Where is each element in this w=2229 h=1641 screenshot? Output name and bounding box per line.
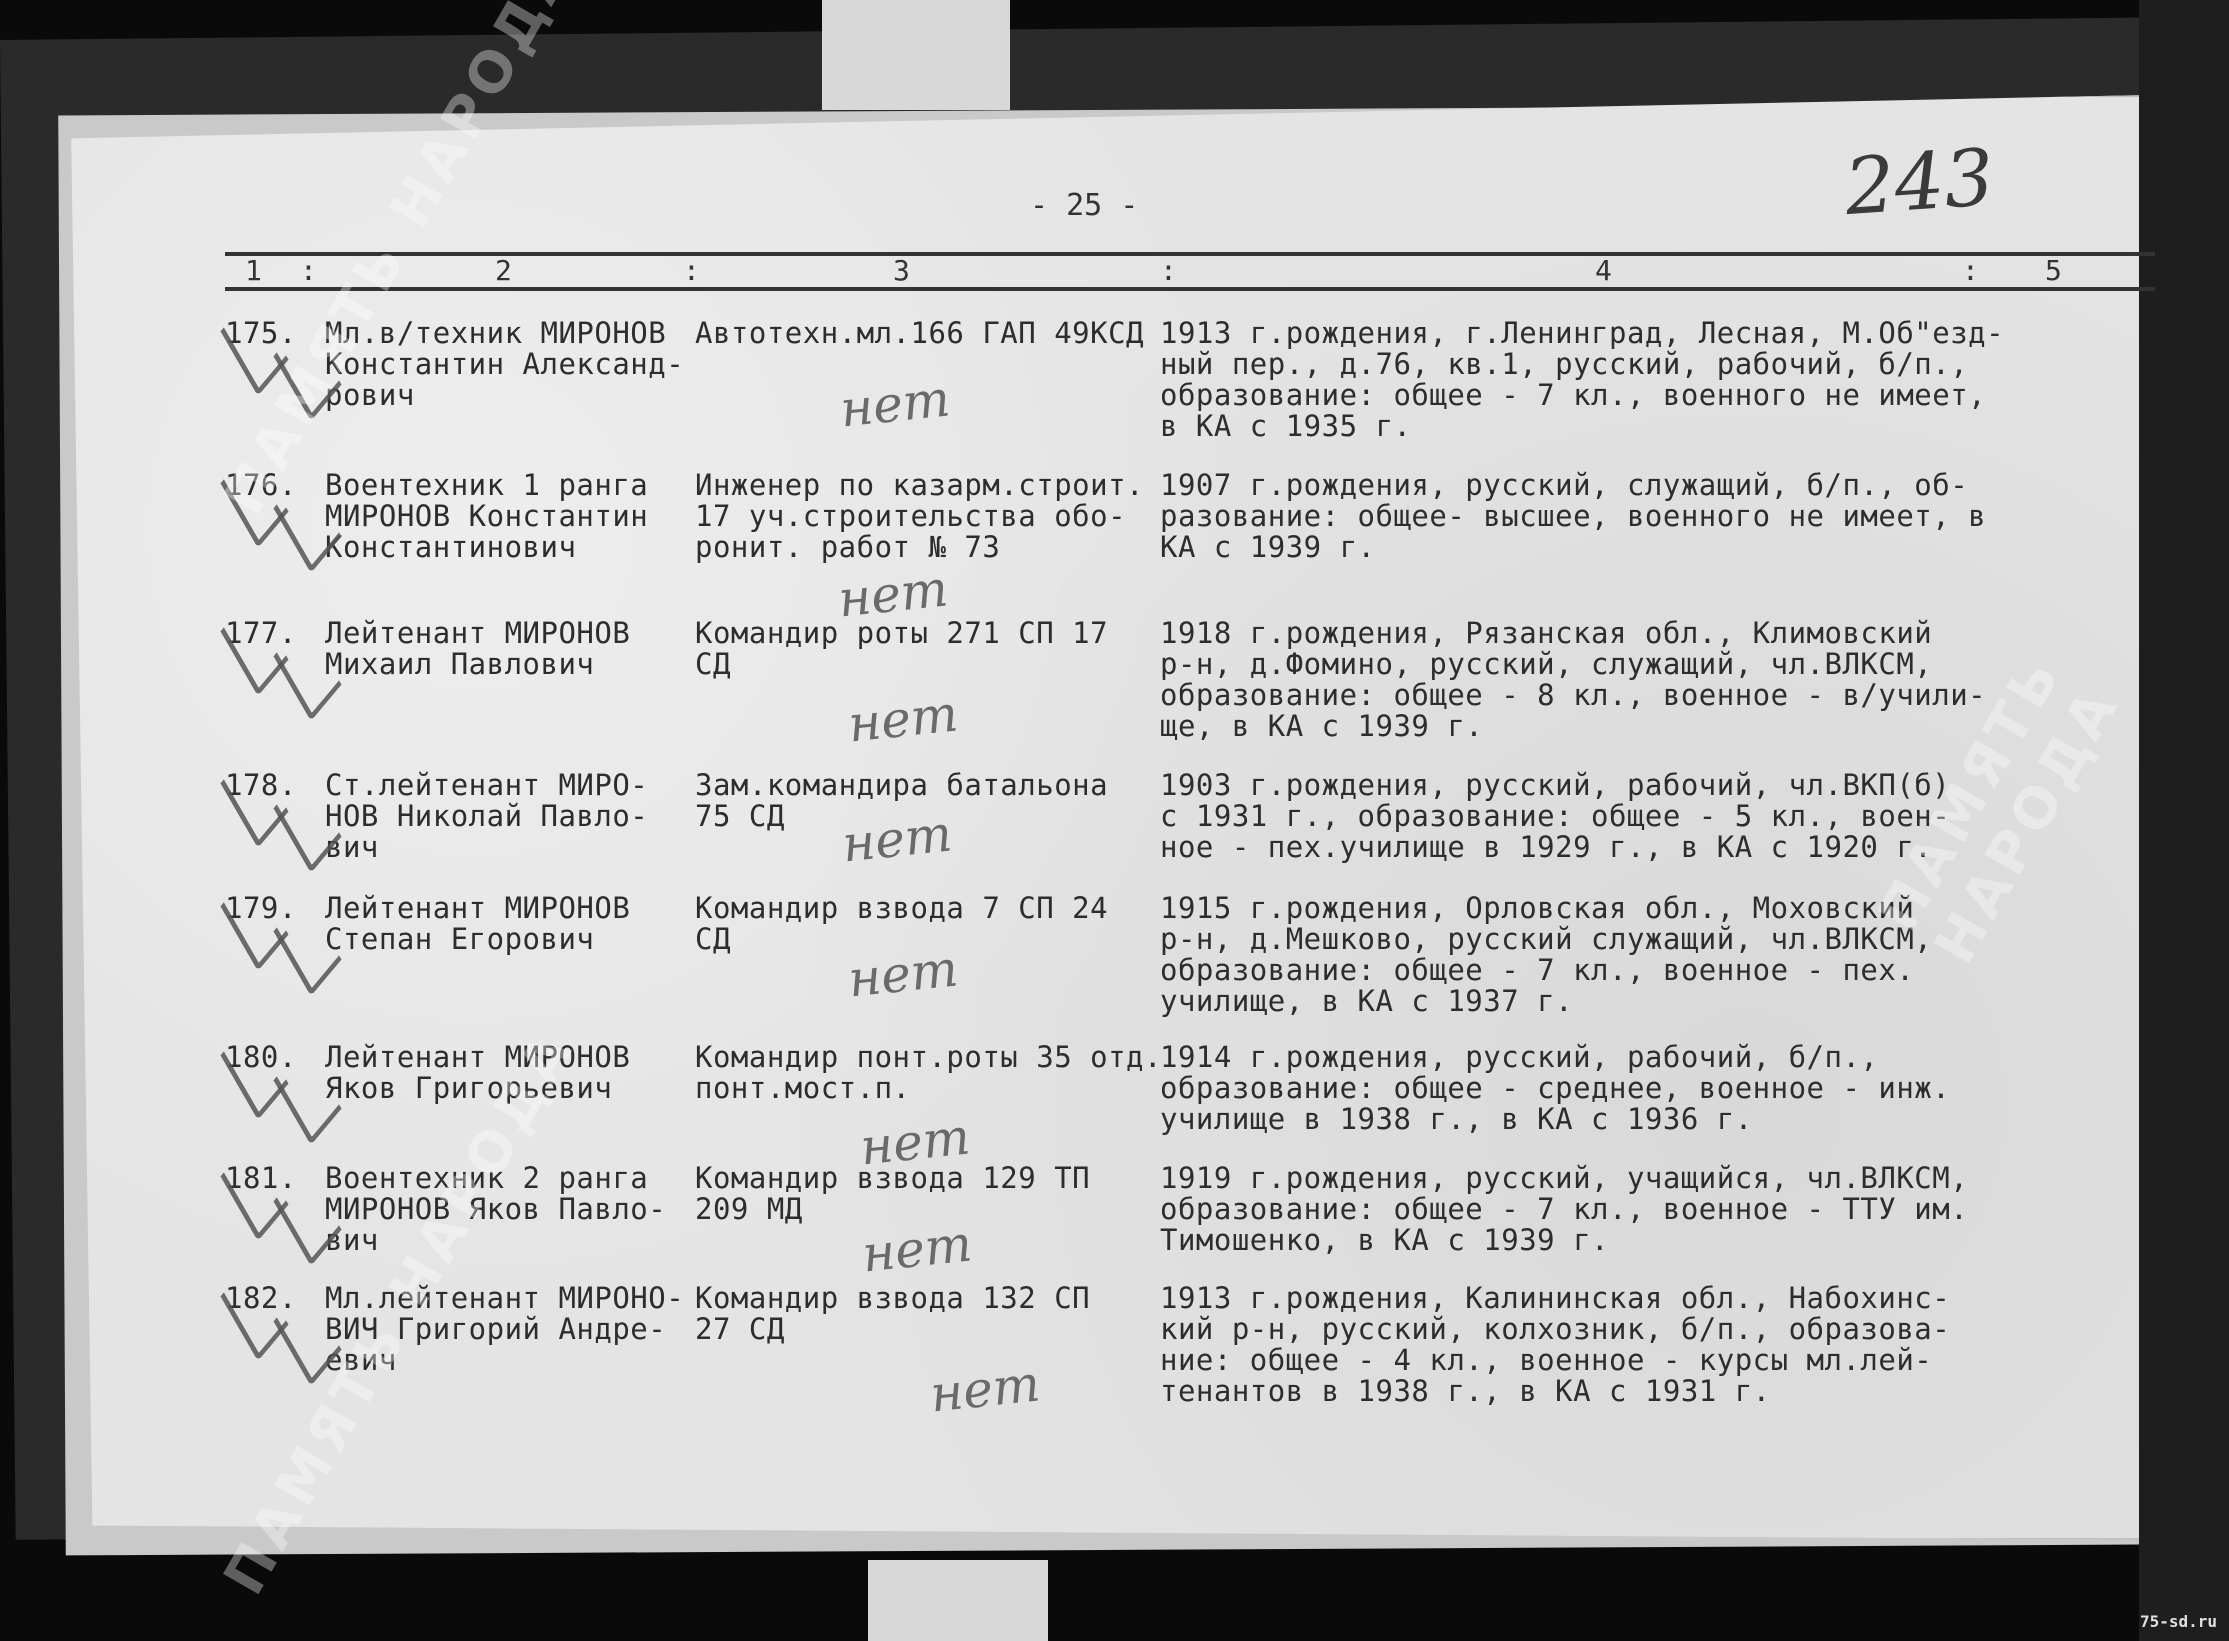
entry-bio-line: образование: общее - 7 кл., военного не … [1160, 380, 2020, 411]
checkmark-icon [220, 447, 288, 549]
column-header-4: 4 [1595, 254, 1612, 287]
column-header-5: 5 [2045, 254, 2062, 287]
entry-bio-line: 1907 г.рождения, русский, служащий, б/п.… [1160, 470, 2020, 501]
checkmark-icon [220, 1019, 288, 1121]
entry-bio: 1907 г.рождения, русский, служащий, б/п.… [1160, 470, 2020, 563]
entry-bio-line: разование: общее- высшее, военного не им… [1160, 501, 2020, 532]
entry-bio: 1913 г.рождения, г.Ленинград, Лесная, М.… [1160, 318, 2020, 442]
entry-bio-line: 1903 г.рождения, русский, рабочий, чл.ВК… [1160, 770, 2020, 801]
entry-bio-line: образование: общее - 8 кл., военное - в/… [1160, 680, 2020, 711]
entry-bio-line: р-н, д.Фомино, русский, служащий, чл.ВЛК… [1160, 649, 2020, 680]
entry-bio-line: 1913 г.рождения, г.Ленинград, Лесная, М.… [1160, 318, 2020, 349]
page-number: - 25 - [1030, 188, 1138, 223]
entry-post: Командир взвода 129 ТП209 МД [695, 1163, 1165, 1225]
handwritten-note: нет [839, 804, 954, 873]
entry-post-line: Командир роты 271 СП 17 [695, 618, 1165, 649]
entry-bio-line: училище в 1938 г., в КА с 1936 г. [1160, 1104, 2020, 1135]
entry-post-line: ронит. работ № 73 [695, 532, 1165, 563]
column-separator: : [683, 254, 700, 287]
archive-sheet-number: 243 [1842, 133, 1997, 233]
entry-name-line: евич [325, 1345, 905, 1376]
handwritten-note: нет [859, 1214, 974, 1283]
handwritten-note: нет [837, 369, 952, 438]
entry-bio-line: училище, в КА с 1937 г. [1160, 986, 2020, 1017]
entry-bio-line: образование: общее - 7 кл., военное - пе… [1160, 955, 2020, 986]
entry-bio: 1915 г.рождения, Орловская обл., Моховск… [1160, 893, 2020, 1017]
entry-name-line: рович [325, 380, 905, 411]
entry-bio-line: ще, в КА с 1939 г. [1160, 711, 2020, 742]
entry-post-line: Командир взвода 132 СП [695, 1283, 1165, 1314]
entry-name-line: вич [325, 832, 905, 863]
entry-bio-line: ние: общее - 4 кл., военное - курсы мл.л… [1160, 1345, 2020, 1376]
entry-post-line: Зам.командира батальона [695, 770, 1165, 801]
column-header-2: 2 [495, 254, 512, 287]
entry-post-line: Инженер по казарм.строит. [695, 470, 1165, 501]
entry-bio: 1913 г.рождения, Калининская обл., Набох… [1160, 1283, 2020, 1407]
table-header-rule-bottom [225, 287, 2155, 291]
column-header-3: 3 [893, 254, 910, 287]
entry-bio-line: ный пер., д.76, кв.1, русский, рабочий, … [1160, 349, 2020, 380]
checkmark-icon [220, 747, 288, 849]
entry-bio-line: 1919 г.рождения, русский, учащийся, чл.В… [1160, 1163, 2020, 1194]
handwritten-note: нет [845, 939, 960, 1008]
entry-bio-line: образование: общее - 7 кл., военное - ТТ… [1160, 1194, 2020, 1225]
entry-bio-line: ное - пех.училище в 1929 г., в КА с 1920… [1160, 832, 2020, 863]
entry-post-line: понт.мост.п. [695, 1073, 1165, 1104]
checkmark-icon [220, 870, 288, 972]
entry-bio-line: КА с 1939 г. [1160, 532, 2020, 563]
document-content: - 25 - 243 1 : 2 : 3 : 4 : 5 175.Мл.в/те… [0, 0, 2229, 1641]
entry-post-line: Командир взвода 7 СП 24 [695, 893, 1165, 924]
entry-bio-line: 1915 г.рождения, Орловская обл., Моховск… [1160, 893, 2020, 924]
checkmark-icon [220, 295, 288, 397]
entry-bio: 1918 г.рождения, Рязанская обл., Климовс… [1160, 618, 2020, 742]
entry-bio-line: 1918 г.рождения, Рязанская обл., Климовс… [1160, 618, 2020, 649]
entry-post-line: 17 уч.строительства обо- [695, 501, 1165, 532]
column-separator: : [1962, 254, 1979, 287]
entry-bio-line: Тимошенко, в КА с 1939 г. [1160, 1225, 2020, 1256]
entry-post-line: Автотехн.мл.166 ГАП 49КСД [695, 318, 1165, 349]
site-credit: 75-sd.ru [2140, 1612, 2217, 1631]
entry-bio-line: в КА с 1935 г. [1160, 411, 2020, 442]
entry-post-line: СД [695, 649, 1165, 680]
entry-post: Автотехн.мл.166 ГАП 49КСД [695, 318, 1165, 349]
entry-post-line: Командир понт.роты 35 отд. [695, 1042, 1165, 1073]
entry-bio: 1919 г.рождения, русский, учащийся, чл.В… [1160, 1163, 2020, 1256]
entry-post: Командир понт.роты 35 отд.понт.мост.п. [695, 1042, 1165, 1104]
entry-bio-line: тенантов в 1938 г., в КА с 1931 г. [1160, 1376, 2020, 1407]
entry-name-line: вич [325, 1225, 905, 1256]
entry-bio-line: образование: общее - среднее, военное - … [1160, 1073, 2020, 1104]
entry-post: Инженер по казарм.строит.17 уч.строитель… [695, 470, 1165, 563]
handwritten-note: нет [927, 1354, 1042, 1423]
entry-bio: 1914 г.рождения, русский, рабочий, б/п.,… [1160, 1042, 2020, 1135]
entry-bio-line: р-н, д.Мешково, русский служащий, чл.ВЛК… [1160, 924, 2020, 955]
checkmark-icon [220, 1260, 288, 1362]
entry-bio-line: 1914 г.рождения, русский, рабочий, б/п., [1160, 1042, 2020, 1073]
entry-name-line: Константин Александ- [325, 349, 905, 380]
checkmark-icon [220, 1140, 288, 1242]
column-separator: : [300, 254, 317, 287]
entry-bio-line: кий р-н, русский, колхозник, б/п., образ… [1160, 1314, 2020, 1345]
entry-bio-line: с 1931 г., образование: общее - 5 кл., в… [1160, 801, 2020, 832]
handwritten-note: нет [845, 684, 960, 753]
entry-post: Командир взвода 132 СП27 СД [695, 1283, 1165, 1345]
entry-bio: 1903 г.рождения, русский, рабочий, чл.ВК… [1160, 770, 2020, 863]
entry-post: Командир роты 271 СП 17СД [695, 618, 1165, 680]
entry-post-line: Командир взвода 129 ТП [695, 1163, 1165, 1194]
checkmark-icon [220, 595, 288, 697]
column-header-1: 1 [245, 254, 262, 287]
table-header-rule-top [225, 252, 2155, 256]
column-separator: : [1160, 254, 1177, 287]
entry-bio-line: 1913 г.рождения, Калининская обл., Набох… [1160, 1283, 2020, 1314]
entry-post-line: 27 СД [695, 1314, 1165, 1345]
